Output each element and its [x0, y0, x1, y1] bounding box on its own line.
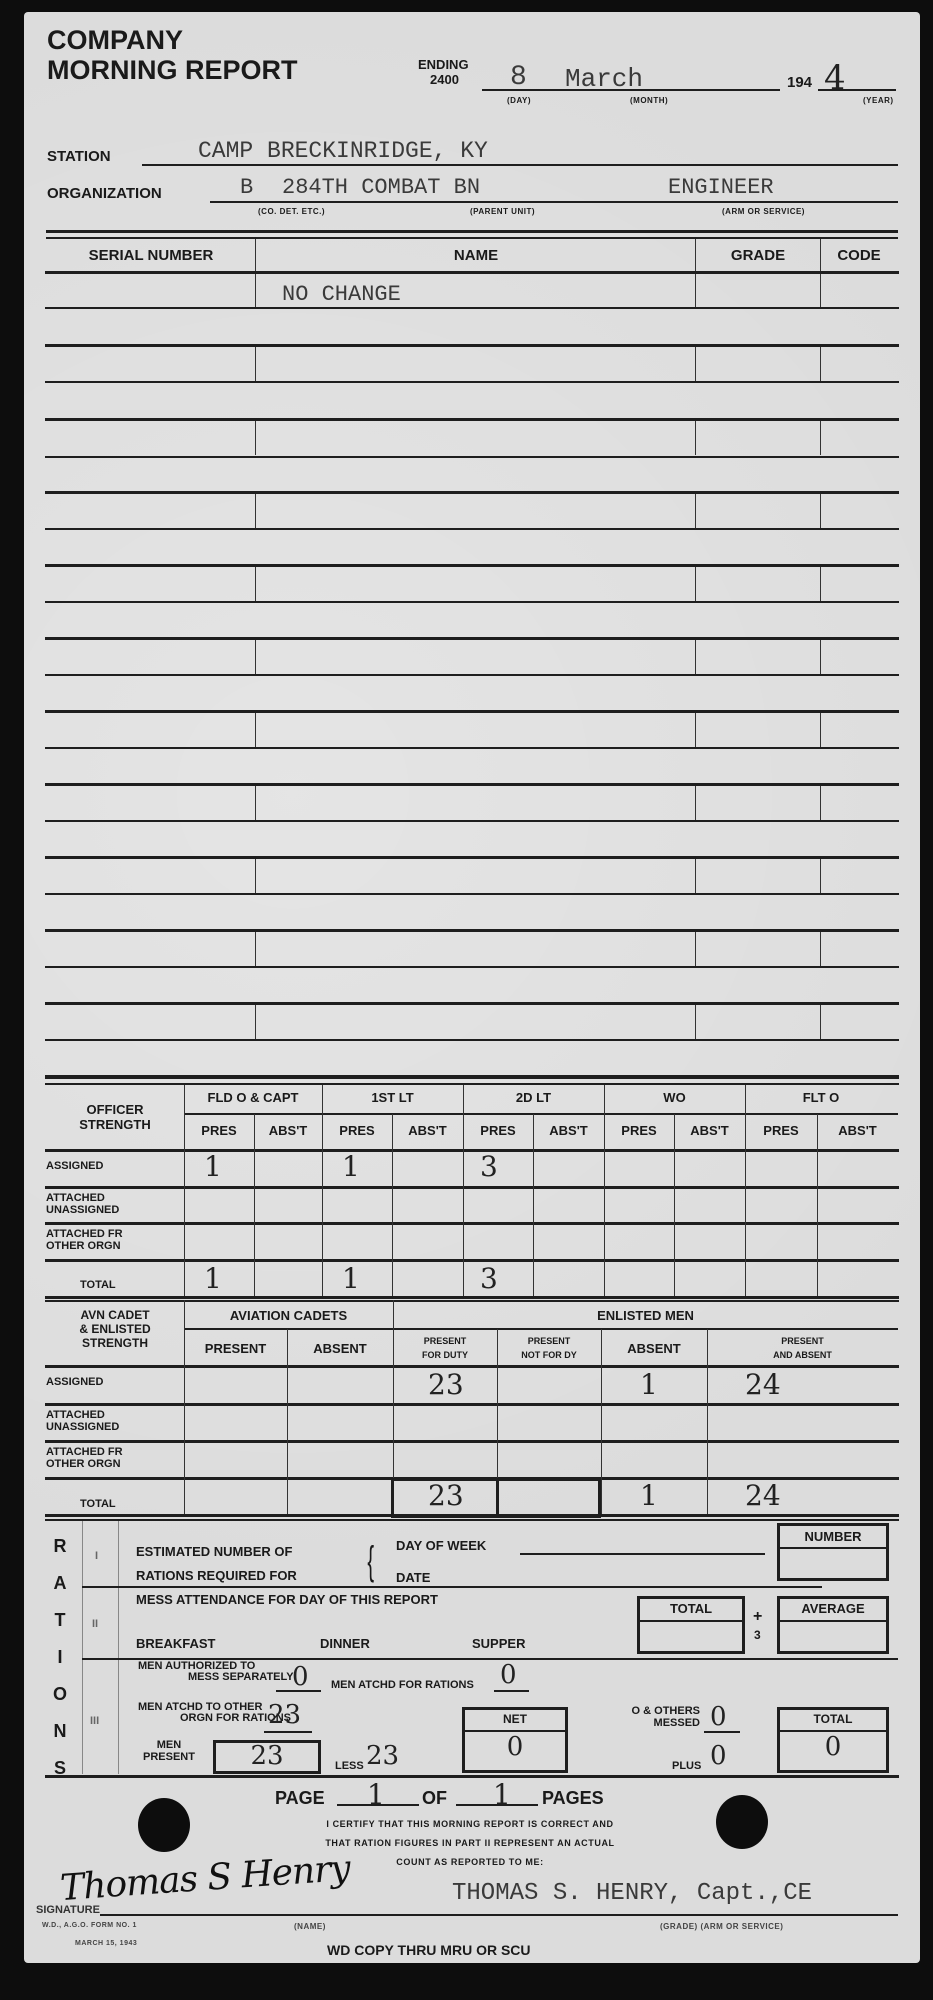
form-title: COMPANY MORNING REPORT — [47, 25, 298, 85]
row-line — [45, 271, 899, 274]
organization-parent-unit: 284TH COMBAT BN — [282, 175, 480, 200]
mess-total-divider — [637, 1620, 745, 1622]
row-line — [45, 820, 899, 822]
form-title-line2: MORNING REPORT — [47, 55, 298, 85]
col-divider — [674, 1114, 675, 1296]
year-prefix: 194 — [787, 74, 812, 91]
organization-company: B — [240, 175, 253, 200]
col-divider — [695, 1005, 696, 1039]
col-divider — [255, 494, 256, 528]
col-em-absent: ABSENT — [601, 1341, 707, 1356]
supper-label: SUPPER — [472, 1638, 525, 1650]
rations-bottom-line — [45, 1775, 899, 1778]
row-line — [45, 1440, 899, 1443]
enlisted-total-present-for-duty: 23 — [428, 1479, 464, 1512]
organization-label: ORGANIZATION — [47, 185, 162, 202]
day-of-week-label: DAY OF WEEK — [396, 1540, 486, 1552]
officer-total-1st-lt-pres: 1 — [342, 1262, 360, 1295]
col-divider — [604, 1085, 605, 1296]
sub-pres: PRES — [463, 1123, 533, 1138]
rations-divider — [82, 1521, 83, 1774]
organization-arm: ENGINEER — [668, 175, 774, 200]
atchd-for-rations-value: 0 — [500, 1660, 517, 1690]
col-divider — [820, 640, 821, 674]
title-line: & ENLISTED — [46, 1322, 184, 1336]
atchd-for-rations-label: MEN ATCHD FOR RATIONS — [331, 1679, 474, 1691]
col-divider — [745, 1085, 746, 1296]
roster-entry-grade — [696, 273, 820, 307]
row-line — [45, 710, 899, 713]
col-divider — [184, 1085, 185, 1296]
sub-pres: PRES — [604, 1123, 674, 1138]
col-divider — [255, 1005, 256, 1039]
row-label-attached-unassigned: ATTACHED UNASSIGNED — [46, 1192, 119, 1216]
title-line: AVN CADET — [46, 1308, 184, 1322]
section-line — [45, 1519, 899, 1521]
group-enlisted-men: ENLISTED MEN — [393, 1308, 898, 1323]
col-divider — [820, 567, 821, 601]
mess-attendance-heading: MESS ATTENDANCE FOR DAY OF THIS REPORT — [136, 1594, 438, 1606]
roster-bottom-line-2 — [45, 1083, 899, 1085]
row-line — [45, 1002, 899, 1005]
col-divider — [254, 1114, 255, 1296]
col-divider — [820, 786, 821, 820]
col-divider — [695, 494, 696, 528]
rations-divider — [118, 1521, 119, 1774]
row-line — [45, 747, 899, 749]
typed-name-grade: THOMAS S. HENRY, Capt.,CE — [452, 1880, 812, 1907]
col-absent: ABSENT — [287, 1341, 393, 1356]
signature-line — [100, 1914, 898, 1916]
divide-three: 3 — [754, 1628, 761, 1642]
row-label-assigned: ASSIGNED — [46, 1160, 103, 1172]
sub-abst: ABS'T — [533, 1123, 604, 1138]
col-divider — [463, 1085, 464, 1296]
col-divider — [255, 859, 256, 893]
row-label-line: OTHER ORGN — [46, 1458, 123, 1470]
col-header-name: NAME — [256, 247, 696, 264]
row-label-attached-unassigned: ATTACHED UNASSIGNED — [46, 1409, 119, 1433]
net-value: 0 — [462, 1732, 568, 1762]
col-divider — [695, 932, 696, 966]
row-label-line: ATTACHED FR — [46, 1228, 123, 1240]
total-present-box-divider — [496, 1478, 499, 1518]
col-divider — [255, 932, 256, 966]
header-line: AND ABSENT — [707, 1348, 898, 1362]
row-line — [45, 381, 899, 383]
group-1st-lt: 1ST LT — [322, 1090, 463, 1105]
col-divider — [695, 786, 696, 820]
officer-assigned-1st-lt-pres: 1 — [342, 1150, 360, 1183]
col-divider — [255, 421, 256, 455]
row-line — [45, 929, 899, 932]
row-line — [45, 528, 899, 530]
men-present-label: MEN PRESENT — [130, 1739, 208, 1763]
col-divider — [392, 1114, 393, 1296]
col-divider — [695, 421, 696, 455]
col-divider — [820, 494, 821, 528]
less-label: LESS — [335, 1760, 364, 1772]
col-divider — [695, 239, 696, 273]
col-divider — [695, 640, 696, 674]
ending-time: 2400 — [418, 72, 469, 87]
officer-total-2d-lt-pres: 3 — [480, 1262, 498, 1295]
atchd-other-orgn-value: 23 — [268, 1700, 301, 1730]
brace-icon: { — [367, 1537, 374, 1585]
col-divider — [820, 347, 821, 381]
row-line — [45, 307, 899, 309]
side-letter: N — [48, 1713, 72, 1750]
col-divider — [601, 1329, 602, 1514]
col-divider — [287, 1329, 288, 1514]
part1-line: ESTIMATED NUMBER OF — [136, 1540, 297, 1564]
col-divider — [255, 347, 256, 381]
sub-abst: ABS'T — [817, 1123, 898, 1138]
col-divider — [820, 239, 821, 273]
title-line: STRENGTH — [46, 1336, 184, 1350]
col-divider — [820, 1005, 821, 1039]
col-divider — [184, 1300, 185, 1514]
group-wo: WO — [604, 1090, 745, 1105]
row-line — [45, 564, 899, 567]
report-day: 8 — [510, 62, 527, 93]
men-present-value: 23 — [213, 1741, 321, 1771]
row-line — [45, 1149, 899, 1152]
label-line: MESS SEPARATELY — [138, 1672, 294, 1683]
col-divider — [533, 1114, 534, 1296]
col-divider — [255, 274, 256, 308]
enlisted-strength-title: AVN CADET & ENLISTED STRENGTH — [46, 1308, 184, 1350]
station-label: STATION — [47, 148, 111, 165]
auth-mess-separately-value: 0 — [292, 1662, 309, 1692]
side-letter: S — [48, 1750, 72, 1787]
row-line — [45, 344, 899, 347]
sub-pres: PRES — [745, 1123, 817, 1138]
roster-entry-name: NO CHANGE — [282, 282, 401, 307]
average-box-divider — [777, 1620, 889, 1622]
day-caption: (DAY) — [507, 96, 531, 105]
company-caption: (CO. DET. ETC.) — [258, 207, 325, 216]
col-present-and-absent: PRESENT AND ABSENT — [707, 1334, 898, 1362]
enlisted-total-absent: 1 — [640, 1479, 658, 1512]
col-divider — [695, 713, 696, 747]
roster-entry-serial — [46, 273, 256, 307]
sub-abst: ABS'T — [254, 1123, 322, 1138]
sub-pres: PRES — [322, 1123, 392, 1138]
row-label-line: UNASSIGNED — [46, 1421, 119, 1433]
page-number: 1 — [367, 1778, 385, 1811]
rations-total-value: 0 — [777, 1732, 889, 1762]
row-label-total: TOTAL — [80, 1498, 116, 1510]
row-label-attached-other: ATTACHED FR OTHER ORGN — [46, 1228, 123, 1252]
col-divider — [707, 1329, 708, 1514]
col-divider — [695, 347, 696, 381]
group-fld-o-capt: FLD O & CAPT — [184, 1090, 322, 1105]
o-others-messed-label: O & OTHERS MESSED — [620, 1705, 700, 1729]
col-divider — [695, 859, 696, 893]
row-label-line: ATTACHED FR — [46, 1446, 123, 1458]
row-label-line: ATTACHED — [46, 1192, 119, 1204]
header-line: PRESENT — [393, 1334, 497, 1348]
label-line: MEN — [130, 1739, 208, 1751]
side-letter: I — [48, 1639, 72, 1676]
plus-value: 0 — [710, 1741, 727, 1771]
total-pages: 1 — [493, 1778, 511, 1811]
less-value: 23 — [366, 1741, 399, 1771]
group-underline — [184, 1328, 898, 1330]
number-box-divider — [777, 1547, 889, 1549]
station-underline — [142, 164, 898, 166]
enlisted-assigned-present-and-absent: 24 — [745, 1368, 781, 1401]
row-line — [45, 637, 899, 640]
col-header-code: CODE — [820, 247, 898, 264]
atchd-other-underline — [264, 1731, 312, 1733]
part3-numeral: III — [90, 1715, 99, 1727]
grade-caption: (GRADE) (ARM OR SERVICE) — [660, 1922, 783, 1931]
roster-bottom-line — [45, 1075, 899, 1079]
label-line: PRESENT — [130, 1751, 208, 1763]
part1-numeral: I — [95, 1550, 98, 1562]
row-line — [45, 1296, 899, 1299]
col-divider — [695, 274, 696, 308]
row-label-assigned: ASSIGNED — [46, 1376, 103, 1388]
page-label: PAGE — [275, 1788, 325, 1809]
report-year-digit: 4 — [824, 58, 846, 98]
part1-description: ESTIMATED NUMBER OF RATIONS REQUIRED FOR — [136, 1540, 297, 1588]
col-divider — [255, 786, 256, 820]
ending-label-text: ENDING — [418, 57, 469, 72]
row-line — [45, 783, 899, 786]
enlisted-total-present-and-absent: 24 — [745, 1479, 781, 1512]
dinner-label: DINNER — [320, 1638, 370, 1650]
group-flt-o: FLT O — [745, 1090, 897, 1105]
col-divider — [322, 1085, 323, 1296]
sub-abst: ABS'T — [392, 1123, 463, 1138]
row-line — [45, 1222, 899, 1225]
col-divider — [820, 421, 821, 455]
row-label-line: ATTACHED — [46, 1409, 119, 1421]
part2-numeral: II — [92, 1618, 98, 1630]
row-label-total: TOTAL — [80, 1279, 116, 1291]
row-line — [45, 418, 899, 421]
col-divider — [255, 567, 256, 601]
col-divider — [820, 274, 821, 308]
header-line: PRESENT — [707, 1334, 898, 1348]
officer-strength-title: OFFICER STRENGTH — [46, 1102, 184, 1132]
officer-assigned-2d-lt-pres: 3 — [480, 1150, 498, 1183]
signature-label: SIGNATURE — [36, 1904, 100, 1916]
pages-label: PAGES — [542, 1788, 604, 1809]
certify-line: I CERTIFY THAT THIS MORNING REPORT IS CO… — [250, 1815, 690, 1834]
group-2d-lt: 2D LT — [463, 1090, 604, 1105]
plus-label: PLUS — [672, 1760, 701, 1772]
rations-side-label: R A T I O N S — [48, 1528, 72, 1787]
of-label: OF — [422, 1788, 447, 1809]
copy-note: WD COPY THRU MRU OR SCU — [327, 1942, 531, 1958]
side-letter: R — [48, 1528, 72, 1565]
header-line: FOR DUTY — [393, 1348, 497, 1362]
col-divider — [255, 239, 256, 273]
enlisted-assigned-absent: 1 — [640, 1368, 658, 1401]
day-of-week-field — [520, 1553, 765, 1555]
organization-underline — [210, 201, 898, 203]
header-double-line-bottom — [46, 237, 898, 239]
rations-total-label: TOTAL — [777, 1712, 889, 1726]
col-divider — [255, 713, 256, 747]
header-line: NOT FOR DY — [497, 1348, 601, 1362]
col-present-for-duty: PRESENT FOR DUTY — [393, 1334, 497, 1362]
o-others-messed-value: 0 — [710, 1702, 727, 1732]
row-line — [45, 601, 899, 603]
col-header-grade: GRADE — [696, 247, 820, 264]
sub-pres: PRES — [184, 1123, 254, 1138]
col-divider — [820, 713, 821, 747]
form-date: MARCH 15, 1943 — [75, 1940, 137, 1947]
form-title-line1: COMPANY — [47, 25, 298, 55]
col-divider — [695, 567, 696, 601]
number-value — [777, 1550, 889, 1578]
col-divider — [820, 932, 821, 966]
col-header-serial: SERIAL NUMBER — [46, 247, 256, 264]
month-caption: (MONTH) — [630, 96, 668, 105]
parent-caption: (PARENT UNIT) — [470, 207, 535, 216]
col-divider — [820, 859, 821, 893]
name-caption: (NAME) — [294, 1922, 326, 1931]
report-month: March — [565, 64, 643, 94]
col-present: PRESENT — [184, 1341, 287, 1356]
col-divider — [255, 640, 256, 674]
row-line — [45, 1039, 899, 1041]
average-label: AVERAGE — [777, 1601, 889, 1616]
punch-hole-left — [138, 1798, 190, 1852]
label-line: O & OTHERS — [620, 1705, 700, 1717]
row-label-attached-other: ATTACHED FR OTHER ORGN — [46, 1446, 123, 1470]
officer-strength-title-1: OFFICER — [46, 1102, 184, 1117]
row-line — [45, 1186, 899, 1189]
row-label-line: OTHER ORGN — [46, 1240, 123, 1252]
row-line — [45, 856, 899, 859]
side-letter: T — [48, 1602, 72, 1639]
form-number: W.D., A.G.O. FORM NO. 1 — [42, 1922, 137, 1929]
roster-entry-code — [820, 273, 898, 307]
col-present-not-for-duty: PRESENT NOT FOR DY — [497, 1334, 601, 1362]
side-letter: A — [48, 1565, 72, 1602]
enlisted-assigned-present-for-duty: 23 — [428, 1368, 464, 1401]
divide-plus: + — [753, 1608, 762, 1626]
net-label: NET — [462, 1712, 568, 1726]
auth-mess-separately-label: MEN AUTHORIZED TO MESS SEPARATELY — [138, 1661, 294, 1683]
date-label: DATE — [396, 1572, 430, 1584]
mess-total-label: TOTAL — [637, 1601, 745, 1616]
ending-label: ENDING 2400 — [418, 57, 469, 87]
punch-hole-right — [716, 1795, 768, 1849]
group-aviation-cadets: AVIATION CADETS — [184, 1308, 393, 1323]
arm-caption: (ARM OR SERVICE) — [722, 207, 805, 216]
row-line — [45, 966, 899, 968]
atchd-for-rations-underline — [494, 1690, 529, 1692]
year-caption: (YEAR) — [863, 96, 894, 105]
row-line — [45, 893, 899, 895]
header-double-line-top — [46, 230, 898, 233]
row-line — [45, 1259, 899, 1262]
col-divider — [817, 1114, 818, 1296]
side-letter: O — [48, 1676, 72, 1713]
row-line — [45, 491, 899, 494]
group-underline — [184, 1113, 898, 1115]
label-line: MESSED — [620, 1717, 700, 1729]
officer-assigned-fld-capt-pres: 1 — [204, 1150, 222, 1183]
officer-total-fld-capt-pres: 1 — [204, 1262, 222, 1295]
section-line — [45, 1300, 899, 1302]
breakfast-label: BREAKFAST — [136, 1638, 215, 1650]
number-label: NUMBER — [777, 1529, 889, 1544]
row-line — [45, 674, 899, 676]
sub-abst: ABS'T — [674, 1123, 745, 1138]
header-line: PRESENT — [497, 1334, 601, 1348]
officer-strength-title-2: STRENGTH — [46, 1117, 184, 1132]
part1-line: RATIONS REQUIRED FOR — [136, 1564, 297, 1588]
station-value: CAMP BRECKINRIDGE, KY — [198, 138, 488, 164]
row-label-line: UNASSIGNED — [46, 1204, 119, 1216]
row-line — [45, 1403, 899, 1406]
row-line — [45, 456, 899, 458]
